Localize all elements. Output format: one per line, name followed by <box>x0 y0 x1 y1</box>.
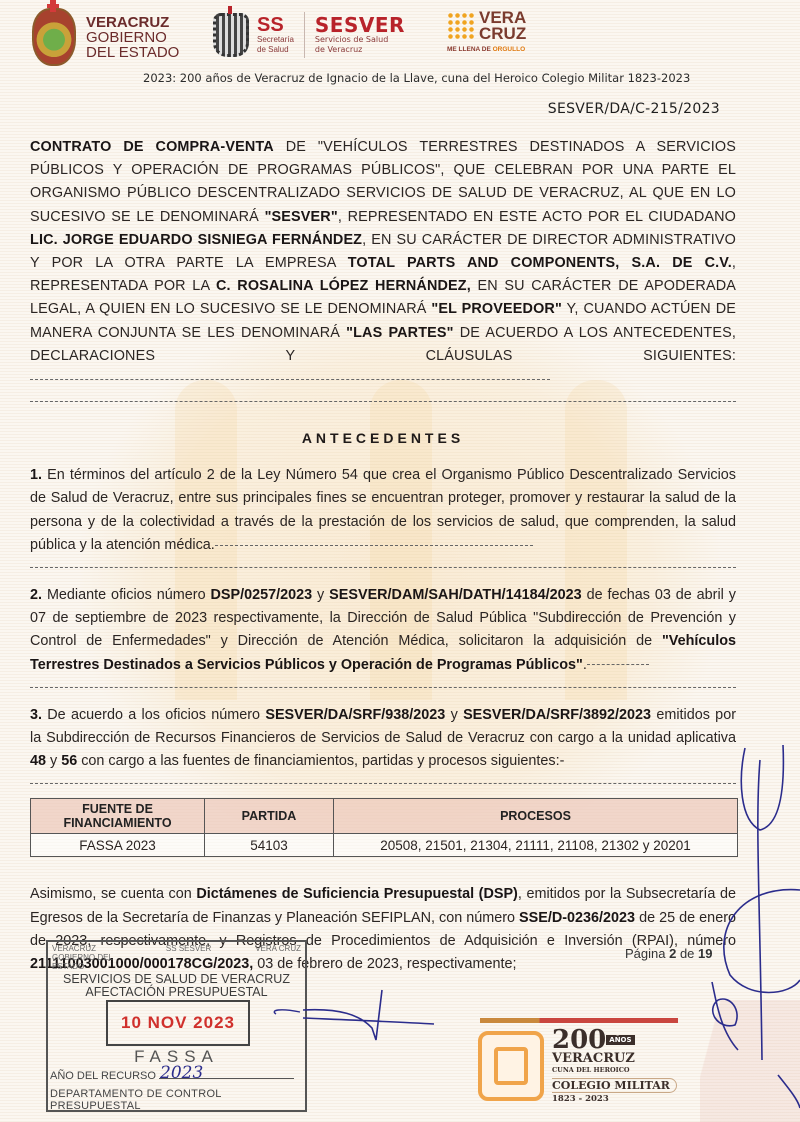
antecedente-1: 1. En términos del artículo 2 de la Ley … <box>30 464 736 557</box>
mosaic-pattern-icon <box>447 12 475 40</box>
item-text: Asimismo, se cuenta con <box>30 886 196 902</box>
page-number: Página 2 de 19 <box>625 946 712 961</box>
vc-line2: CRUZ <box>479 26 526 42</box>
column-header: FUENTE DE FINANCIAMIENTO <box>31 799 205 834</box>
dsp-label: Dictámenes de Suficiencia Presupuestal (… <box>196 886 518 902</box>
vc-tagline-plain: ME LLENA DE <box>447 46 493 53</box>
document-reference: SESVER/DA/C-215/2023 <box>548 101 720 117</box>
table-row: FASSA 2023 54103 20508, 21501, 21304, 21… <box>31 834 738 857</box>
fill-dashes <box>215 545 533 546</box>
stamp-logo-left: VERACRUZ GOBIERNO DEL ESTADO <box>52 944 122 971</box>
gob-logo-line3: DEL ESTADO <box>86 45 179 60</box>
party-las-partes: "LAS PARTES" <box>346 325 454 341</box>
sesver-name: SESVER <box>315 15 405 35</box>
antecedente-2: 2. Mediante oficios número DSP/0257/2023… <box>30 584 736 677</box>
item-text: y <box>46 753 61 769</box>
column-header: PROCESOS <box>334 799 738 834</box>
ss-line2: de Salud <box>257 45 294 55</box>
unit-number: 56 <box>61 753 77 769</box>
office-number: SESVER/DA/SRF/938/2023 <box>265 707 445 723</box>
health-logos: SS Secretaría de Salud SESVER Servicios … <box>213 12 405 58</box>
stamp-logo-right: VERA CRUZ <box>255 944 301 971</box>
item-text: Mediante oficios número <box>42 587 210 603</box>
item-text: y <box>312 587 329 603</box>
section-title: ANTECEDENTES <box>30 430 736 446</box>
footer-bar <box>480 1018 678 1023</box>
stamp-type: AFECTACIÓN PRESUPUESTAL <box>48 986 305 999</box>
item-text: De acuerdo a los oficios número <box>42 707 265 723</box>
party-proveedor: "EL PROVEEDOR" <box>431 301 562 317</box>
stamp-date: 10 NOV 2023 <box>121 1013 235 1033</box>
stamp-logo-mid: SS SESVER <box>166 944 211 971</box>
fill-dashes <box>30 783 736 784</box>
bicentennial-years: 1823 - 2023 <box>552 1093 677 1105</box>
fortress-icon <box>478 1031 544 1101</box>
bicentennial-number: 200AÑOS <box>552 1027 677 1052</box>
funding-table: FUENTE DE FINANCIAMIENTO PARTIDA PROCESO… <box>30 798 738 857</box>
fill-dashes <box>587 664 649 665</box>
contract-intro: CONTRATO DE COMPRA-VENTA DE "VEHÍCULOS T… <box>30 136 736 391</box>
table-cell: FASSA 2023 <box>31 834 205 857</box>
budget-stamp: VERACRUZ GOBIERNO DEL ESTADO SS SESVER V… <box>46 940 307 1112</box>
ss-line1: Secretaría <box>257 35 294 45</box>
table-cell: 54103 <box>205 834 334 857</box>
item-number: 1. <box>30 467 42 483</box>
page-mid: de <box>676 946 698 961</box>
fill-dashes <box>30 379 550 380</box>
sesver-logo: SESVER Servicios de Salud de Veracruz <box>315 15 405 55</box>
supplier-company: TOTAL PARTS AND COMPONENTS, S.A. DE C.V. <box>348 255 732 271</box>
item-text: En términos del artículo 2 de la Ley Núm… <box>30 467 736 553</box>
vc-tagline: ME LLENA DE ORGULLO <box>447 46 526 53</box>
logo-divider <box>304 12 305 58</box>
bicentennial-logo: 200AÑOS VERACRUZ CUNA DEL HEROICO COLEGI… <box>478 1027 677 1105</box>
office-number: DSP/0257/2023 <box>211 587 313 603</box>
stamp-logos: VERACRUZ GOBIERNO DEL ESTADO SS SESVER V… <box>48 942 305 973</box>
sesver-representative: LIC. JORGE EDUARDO SISNIEGA FERNÁNDEZ <box>30 232 362 248</box>
gob-logo-line2: GOBIERNO <box>86 30 179 45</box>
stamp-year-handwritten: 2023 <box>160 1063 203 1083</box>
stamp-date-box: 10 NOV 2023 <box>106 1000 250 1046</box>
veracruz-emblem-icon <box>213 13 249 57</box>
table-cell: 20508, 21501, 21304, 21111, 21108, 21302… <box>334 834 738 857</box>
antecedente-3: 3. De acuerdo a los oficios número SESVE… <box>30 704 736 774</box>
veracruz-brand-logo: VERA CRUZ ME LLENA DE ORGULLO <box>447 10 526 53</box>
page-prefix: Página <box>625 946 669 961</box>
intro-text: , REPRESENTADO EN ESTE ACTO POR EL CIUDA… <box>338 209 736 225</box>
ss-abbr: SS <box>257 15 294 35</box>
bicentennial-badge: AÑOS <box>606 1035 634 1045</box>
office-number: SESVER/DAM/SAH/DATH/14184/2023 <box>329 587 581 603</box>
document-body: CONTRATO DE COMPRA-VENTA DE "VEHÍCULOS T… <box>30 136 736 976</box>
bicentennial-line3: COLEGIO MILITAR <box>552 1078 677 1093</box>
party-sesver: "SESVER" <box>265 209 338 225</box>
side-watermark <box>700 1000 800 1122</box>
contract-type: CONTRATO DE COMPRA-VENTA <box>30 139 274 155</box>
page-total: 19 <box>698 946 712 961</box>
vc-tagline-accent: ORGULLO <box>493 46 526 53</box>
item-number: 2. <box>30 587 42 603</box>
letterhead: VERACRUZ GOBIERNO DEL ESTADO SS Secretar… <box>0 0 800 95</box>
office-number: SESVER/DA/SRF/3892/2023 <box>463 707 651 723</box>
state-coat-of-arms-icon <box>32 8 76 66</box>
fill-dashes <box>30 401 736 402</box>
item-text: con cargo a las fuentes de financiamient… <box>77 753 564 769</box>
year-motto: 2023: 200 años de Veracruz de Ignacio de… <box>143 71 690 85</box>
gob-logo-line1: VERACRUZ <box>86 15 179 30</box>
item-text: y <box>445 707 463 723</box>
dsp-number: SSE/D-0236/2023 <box>519 910 635 926</box>
column-header: PARTIDA <box>205 799 334 834</box>
bicentennial-line1: VERACRUZ <box>552 1052 677 1066</box>
unit-number: 48 <box>30 753 46 769</box>
bicentennial-line2: CUNA DEL HEROICO <box>552 1066 677 1074</box>
table-header-row: FUENTE DE FINANCIAMIENTO PARTIDA PROCESO… <box>31 799 738 834</box>
supplier-representative: C. ROSALINA LÓPEZ HERNÁNDEZ, <box>216 278 471 294</box>
gobierno-logo: VERACRUZ GOBIERNO DEL ESTADO <box>32 8 179 66</box>
sesver-line2: de Veracruz <box>315 45 405 55</box>
stamp-department: DEPARTAMENTO DE CONTROL PRESUPUESTAL <box>50 1088 305 1112</box>
year-label: AÑO DEL RECURSO <box>50 1070 156 1082</box>
item-number: 3. <box>30 707 42 723</box>
